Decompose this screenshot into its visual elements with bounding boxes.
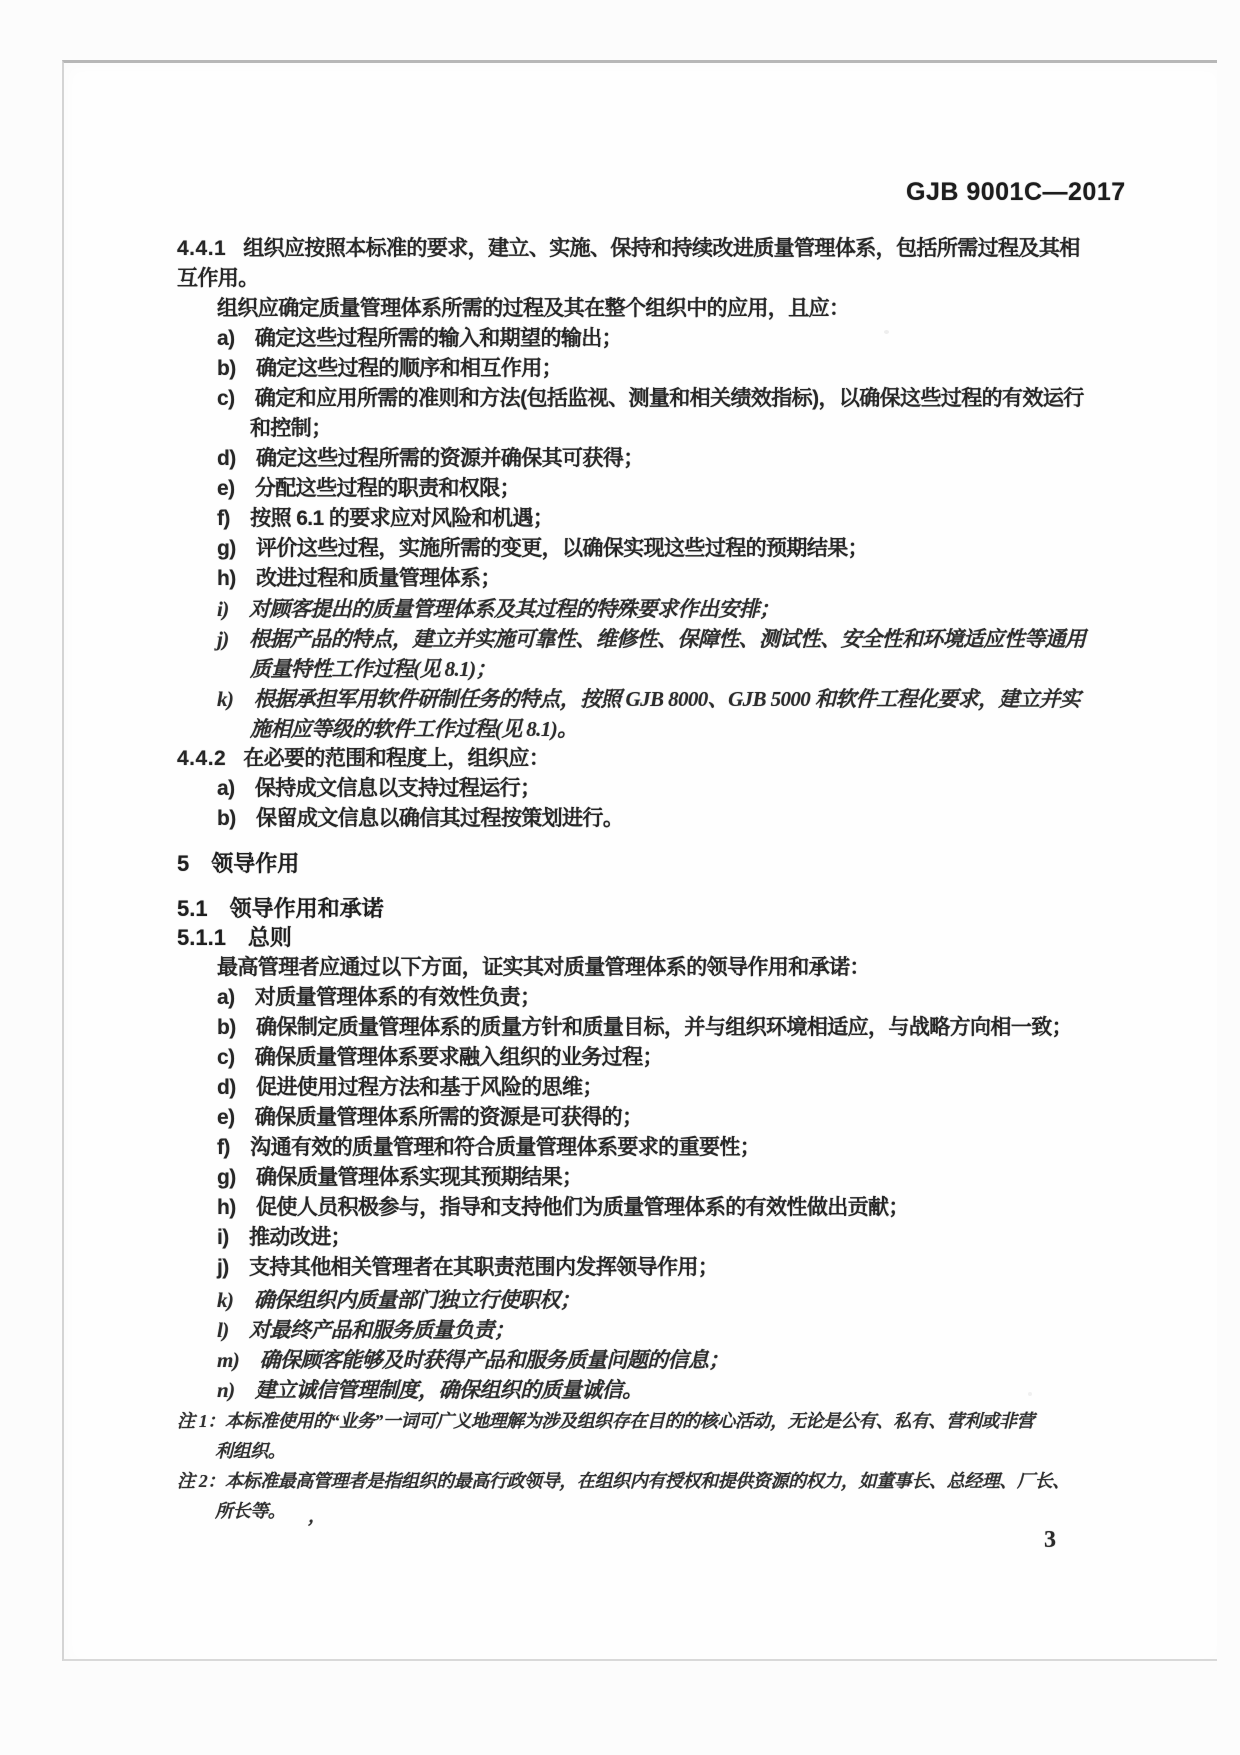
text-line: a) 确定这些过程所需的输入和期望的输出； bbox=[217, 326, 622, 352]
text-line: ， bbox=[308, 1505, 326, 1528]
text-line: 5.1.1 总则 bbox=[177, 925, 292, 951]
text-line: i) 对顾客提出的质量管理体系及其过程的特殊要求作出安排； bbox=[217, 596, 779, 622]
text-line: j) 根据产品的特点，建立并实施可靠性、维修性、保障性、测试性、安全性和环境适应… bbox=[217, 626, 1085, 652]
text-line: e) 分配这些过程的职责和权限； bbox=[217, 476, 520, 502]
text-line: f) 沟通有效的质量管理和符合质量管理体系要求的重要性； bbox=[217, 1135, 760, 1161]
scanned-document-canvas: GJB 9001C—2017 3 4.4.1组织应按照本标准的要求，建立、实施、… bbox=[0, 0, 1240, 1755]
clause-number: 4.4.2 bbox=[177, 747, 226, 770]
text-line: l) 对最终产品和服务质量负责； bbox=[217, 1317, 514, 1343]
text-line: 利组织。 bbox=[215, 1440, 285, 1463]
text-line: j) 支持其他相关管理者在其职责范围内发挥领导作用； bbox=[217, 1255, 718, 1281]
text-line: h) 促使人员积极参与，指导和支持他们为质量管理体系的有效性做出贡献； bbox=[217, 1195, 909, 1221]
text-line: f) 按照 6.1 的要求应对风险和机遇； bbox=[217, 506, 553, 532]
text-line: g) 评价这些过程，实施所需的变更，以确保实现这些过程的预期结果； bbox=[217, 536, 868, 562]
text-line: d) 确定这些过程所需的资源并确保其可获得； bbox=[217, 446, 644, 472]
text-line: 所长等。 bbox=[215, 1500, 285, 1523]
text-line: a) 保持成文信息以支持过程运行； bbox=[217, 776, 540, 802]
text-line: m) 确保顾客能够及时获得产品和服务质量问题的信息； bbox=[217, 1347, 729, 1373]
scan-artifact bbox=[884, 330, 889, 334]
text-line: h) 改进过程和质量管理体系； bbox=[217, 566, 501, 592]
clause-line: 4.4.1组织应按照本标准的要求，建立、实施、保持和持续改进质量管理体系，包括所… bbox=[177, 236, 1080, 262]
text-line: 注 2：本标准最高管理者是指组织的最高行政领导，在组织内有授权和提供资源的权力，… bbox=[177, 1470, 1070, 1493]
clause-number: 4.4.1 bbox=[177, 237, 226, 260]
text-line: d) 促进使用过程方法和基于风险的思维； bbox=[217, 1075, 603, 1101]
text-line: c) 确定和应用所需的准则和方法(包括监视、测量和相关绩效指标)，以确保这些过程… bbox=[217, 386, 1084, 412]
clause-text: 在必要的范围和程度上，组织应： bbox=[243, 747, 549, 770]
text-line: 5 领导作用 bbox=[177, 851, 299, 877]
text-line: b) 确保制定质量管理体系的质量方针和质量目标，并与组织环境相适应，与战略方向相… bbox=[217, 1015, 1072, 1041]
document-code-header: GJB 9001C—2017 bbox=[906, 179, 1126, 205]
text-line: 组织应确定质量管理体系所需的过程及其在整个组织中的应用，且应： bbox=[217, 296, 849, 322]
text-line: e) 确保质量管理体系所需的资源是可获得的； bbox=[217, 1105, 642, 1131]
clause-text: 组织应按照本标准的要求，建立、实施、保持和持续改进质量管理体系，包括所需过程及其… bbox=[243, 237, 1079, 260]
text-line: c) 确保质量管理体系要求融入组织的业务过程； bbox=[217, 1045, 663, 1071]
text-line: k) 根据承担军用软件研制任务的特点，按照 GJB 8000、GJB 5000 … bbox=[217, 686, 1080, 712]
text-line: 施相应等级的软件工作过程(见 8.1)。 bbox=[250, 716, 578, 742]
text-line: g) 确保质量管理体系实现其预期结果； bbox=[217, 1165, 582, 1191]
text-line: 5.1 领导作用和承诺 bbox=[177, 896, 384, 922]
text-line: 质量特性工作过程(见 8.1)； bbox=[250, 656, 496, 682]
clause-line: 4.4.2在必要的范围和程度上，组织应： bbox=[177, 746, 549, 772]
page-number: 3 bbox=[1044, 1526, 1056, 1554]
text-line: b) 保留成文信息以确信其过程按策划进行。 bbox=[217, 806, 623, 832]
text-line: k) 确保组织内质量部门独立行使职权； bbox=[217, 1287, 580, 1313]
scan-artifact bbox=[1028, 1392, 1032, 1396]
text-line: 和控制； bbox=[250, 416, 332, 442]
text-line: b) 确定这些过程的顺序和相互作用； bbox=[217, 356, 562, 382]
text-line: 注 1：本标准使用的“业务”一词可广义地理解为涉及组织存在目的的核心活动，无论是… bbox=[177, 1410, 1034, 1433]
text-line: i) 推动改进； bbox=[217, 1225, 351, 1251]
text-line: a) 对质量管理体系的有效性负责； bbox=[217, 985, 540, 1011]
text-line: 互作用。 bbox=[177, 266, 259, 292]
text-line: n) 建立诚信管理制度，确保组织的质量诚信。 bbox=[217, 1377, 642, 1403]
text-line: 最高管理者应通过以下方面，证实其对质量管理体系的领导作用和承诺： bbox=[217, 955, 870, 981]
